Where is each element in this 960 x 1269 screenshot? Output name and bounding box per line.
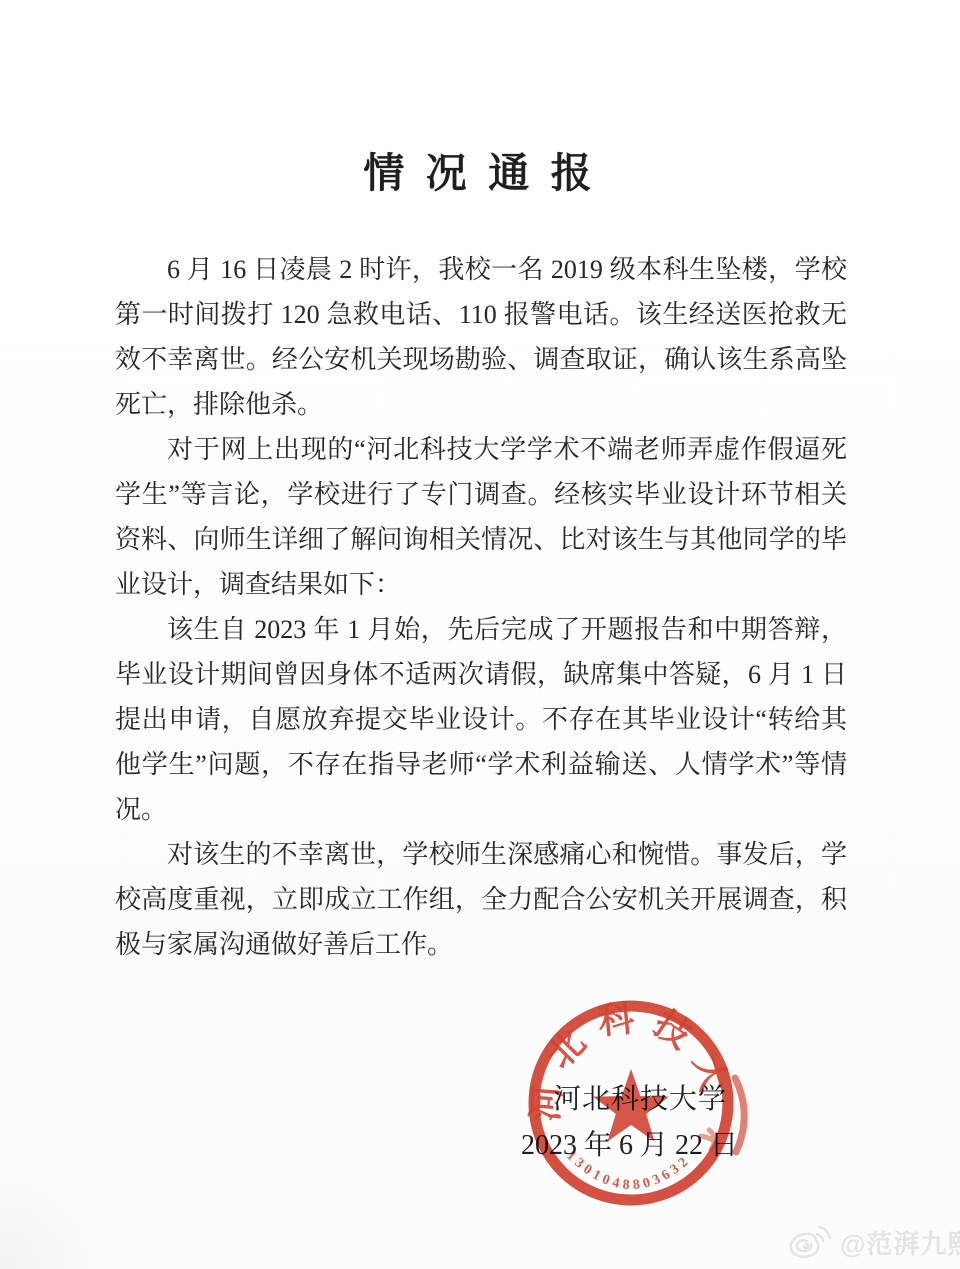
notice-document-page: 情 况 通 报 6 月 16 日凌晨 2 时许，我校一名 2019 级本科生坠楼…: [0, 0, 960, 1269]
document-body: 6 月 16 日凌晨 2 时许，我校一名 2019 级本科生坠楼，学校第一时间拨…: [115, 247, 847, 967]
paragraph-rumor-investigation: 对于网上出现的“河北科技大学学术不端老师弄虚作假逼死学生”等言论，学校进行了专门…: [115, 427, 847, 607]
seal-star-icon: [593, 1069, 669, 1141]
official-seal-icon: 河北科技大学 1301048803632: [513, 990, 765, 1232]
paragraph-condolence: 对该生的不幸离世，学校师生深感痛心和惋惜。事发后，学校高度重视，立即成立工作组，…: [115, 832, 847, 967]
paragraph-incident: 6 月 16 日凌晨 2 时许，我校一名 2019 级本科生坠楼，学校第一时间拨…: [115, 247, 847, 427]
watermark: @范湃九熙: [786, 1222, 960, 1262]
seal-smudge: [735, 1078, 744, 1152]
watermark-handle: @范湃九熙: [840, 1224, 960, 1261]
seal-smudge-2: [701, 1130, 719, 1150]
paragraph-findings: 该生自 2023 年 1 月始，先后完成了开题报告和中期答辩，毕业设计期间曾因身…: [115, 607, 847, 832]
page-title: 情 况 通 报: [0, 140, 960, 199]
weibo-icon: [786, 1222, 834, 1262]
